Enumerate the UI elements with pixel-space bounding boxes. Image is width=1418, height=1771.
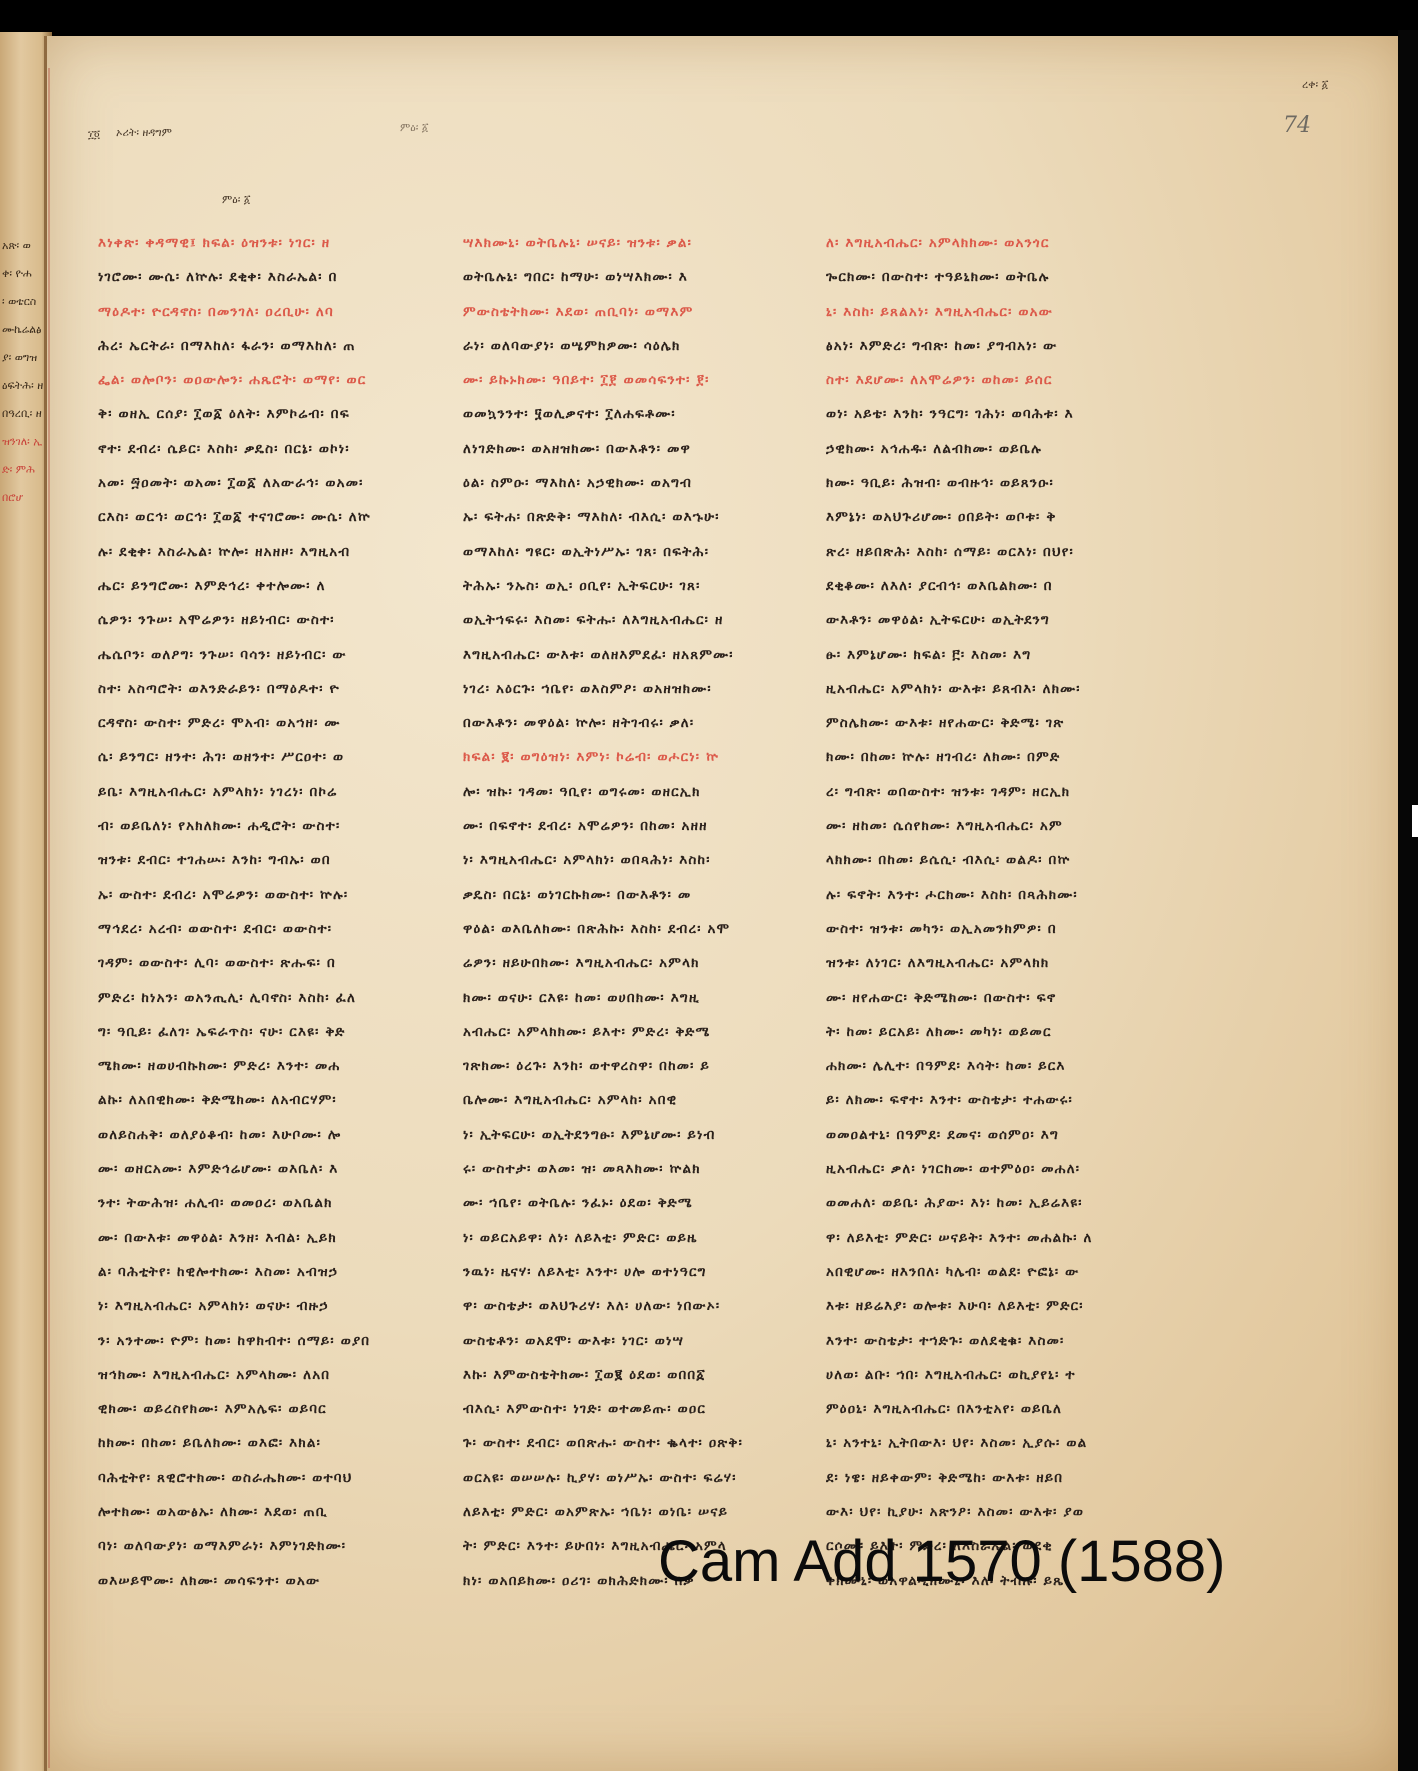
background-right	[1398, 30, 1418, 1771]
text-column-1: እነቀጽ፡ ቀዳማዊ፤ ክፍል፡ ዕዝንቱ፡ ነገር፡ ዘነገሮሙ፡ ሙሴ፡ ለ…	[98, 226, 403, 1598]
text-line: ን፡ አንተሙ፡ ዮም፡ ከመ፡ ከዋክብተ፡ ሰማይ፡ ወያበ	[98, 1324, 403, 1358]
text-line: ዋ፡ ለይእቲ፡ ምድር፡ ሠናይት፡ እንተ፡ መሐልኩ፡ ለ	[826, 1221, 1131, 1255]
edge-fragment: በዓረቢ፡ ዘ	[2, 400, 43, 428]
text-line: ደ፡ ነዌ፡ ዘይቀውም፡ ቅድሜከ፡ ውእቱ፡ ዘይበ	[826, 1461, 1131, 1495]
text-line: ሙ፡ ዘከመ፡ ሴሰየክሙ፡ እግዚአብሔር፡ አም	[826, 809, 1131, 843]
text-line: ወመሐለ፡ ወይቤ፡ ሕያው፡ እነ፡ ከመ፡ ኢይሬእዩ፡	[826, 1186, 1131, 1220]
text-line: አብሔር፡ አምላክክሙ፡ ይእተ፡ ምድረ፡ ቅድሜ	[463, 1015, 768, 1049]
text-line: ት፡ ከመ፡ ይርአይ፡ ለክሙ፡ መካነ፡ ወይመር	[826, 1015, 1131, 1049]
text-line: ሙ፡ ኀቤየ፡ ወትቤሉ፡ ንፈኑ፡ ዕደወ፡ ቅድሜ	[463, 1186, 768, 1220]
running-header-center: ምዕ፡ ፩	[400, 121, 429, 135]
text-line: ባነ፡ ወለባውያነ፡ ወማእምራነ፡ እምነገድክሙ፡	[98, 1529, 403, 1563]
text-line: ሜክሙ፡ ዘወሀብኩክሙ፡ ምድረ፡ እንተ፡ መሐ	[98, 1049, 403, 1083]
text-line: ዚአብሔር፡ ቃለ፡ ነገርክሙ፡ ወተምዕዐ፡ መሐለ፡	[826, 1152, 1131, 1186]
text-line: ሎ፡ ዝኩ፡ ገዳመ፡ ዓቢየ፡ ወግሩመ፡ ወዘርኢክ	[463, 775, 768, 809]
page-gutter-ruling	[48, 68, 50, 1768]
text-line: ምውስቴትክሙ፡ እደወ፡ ጠቢባነ፡ ወማእም	[463, 295, 768, 329]
text-line: ወማእከለ፡ ግዩር፡ ወኢትነሥኡ፡ ገጸ፡ በፍትሕ፡	[463, 535, 768, 569]
text-line: ኖተ፡ ደብረ፡ ሴይር፡ እስከ፡ ቃዴስ፡ በርኔ፡ ወኮነ፡	[98, 432, 403, 466]
edge-fragment: ድ፡ ምሕ	[2, 456, 43, 484]
text-line: ጉ፡ ውስተ፡ ደብር፡ ወበጽሑ፡ ውስተ፡ ቈላተ፡ ዐጽቅ፡	[463, 1426, 768, 1460]
page-marker-tab	[1412, 805, 1418, 837]
text-line: ወትቤሉኒ፡ ግበር፡ ከማሁ፡ ወነሣእክሙ፡ እ	[463, 260, 768, 294]
text-line: ነ፡ እግዚአብሔር፡ አምላክነ፡ ወናሁ፡ ብዙኃ	[98, 1289, 403, 1323]
text-line: ዋዕል፡ ወእቤለክሙ፡ በጽሕኩ፡ እስከ፡ ደብረ፡ አሞ	[463, 912, 768, 946]
text-line: ሔሴቦን፡ ወለዖግ፡ ንጉሠ፡ ባሳን፡ ዘይነብር፡ ው	[98, 638, 403, 672]
text-line: ኡ፡ ፍትሐ፡ በጽድቅ፡ ማእከለ፡ ብእሲ፡ ወእኁሁ፡	[463, 500, 768, 534]
edge-fragment: ዕፍትሕ፡ ዘ	[2, 372, 43, 400]
text-column-2: ሣእክሙኒ፡ ወትቤሉኒ፡ ሠናይ፡ ዝንቱ፡ ቃል፡ወትቤሉኒ፡ ግበር፡ ከ…	[463, 226, 768, 1598]
running-header-left: ኦሪት፡ ዘዳግም	[116, 126, 172, 140]
text-line: ሴ፡ ይንግር፡ ዘንተ፡ ሕገ፡ ወዘንተ፡ ሥርዐተ፡ ወ	[98, 740, 403, 774]
text-line: ርእስ፡ ወርኅ፡ ወርኅ፡ ፲ወ፩ ተናገሮሙ፡ ሙሴ፡ ለኵ	[98, 500, 403, 534]
text-line: ይቤ፡ እግዚአብሔር፡ አምላክነ፡ ነገረነ፡ በኮሬ	[98, 775, 403, 809]
text-line: ቃዴስ፡ በርኔ፡ ወነገርኩክሙ፡ በውእቶን፡ መ	[463, 878, 768, 912]
text-line: ቤሎሙ፡ እግዚአብሔር፡ አምላከ፡ አበዊ	[463, 1083, 768, 1117]
text-line: ንተ፡ ትውሕዝ፡ ሐሊብ፡ ወመዐረ፡ ወአቤልክ	[98, 1186, 403, 1220]
chapter-heading: ምዕ፡ ፩	[222, 193, 251, 207]
text-line: ለይእቲ፡ ምድር፡ ወአምጽኡ፡ ኀቤነ፡ ወነቤ፡ ሠናይ	[463, 1495, 768, 1529]
text-line: ሙ፡ ዘየሐውር፡ ቅድሜክሙ፡ በውስተ፡ ፍኖ	[826, 981, 1131, 1015]
text-line: ወእሠይሞሙ፡ ለክሙ፡ መሳፍንተ፡ ወአው	[98, 1564, 403, 1598]
text-line: አበዊሆሙ፡ ዘእንበለ፡ ካሌብ፡ ወልደ፡ ዮፎኔ፡ ው	[826, 1255, 1131, 1289]
text-line: ሀለወ፡ ልቡ፡ ኀበ፡ እግዚአብሔር፡ ወኪያየኒ፡ ተ	[826, 1358, 1131, 1392]
text-line: ሙ፡ በፍኖተ፡ ደብረ፡ አሞሬዎን፡ በከመ፡ አዘዘ	[463, 809, 768, 843]
text-line: ሉ፡ ፍኖት፡ እንተ፡ ሖርክሙ፡ እስከ፡ በጻሕክሙ፡	[826, 878, 1131, 912]
text-line: ነገሮሙ፡ ሙሴ፡ ለኵሉ፡ ደቂቀ፡ እስራኤል፡ በ	[98, 260, 403, 294]
text-line: ምድረ፡ ከነአን፡ ወአንጢሊ፡ ሊባኖስ፡ እስከ፡ ፈለ	[98, 981, 403, 1015]
text-line: እንተ፡ ውስቴታ፡ ተኀድጉ፡ ወለደቂቁ፡ እስመ፡	[826, 1324, 1131, 1358]
text-line: ነ፡ ኢትፍርሁ፡ ወኢትደንግፁ፡ እምኔሆሙ፡ ይነብ	[463, 1118, 768, 1152]
text-line: ወነ፡ አይቴ፡ እንከ፡ ንዓርግ፡ ገሕነ፡ ወባሕቱ፡ እ	[826, 397, 1131, 431]
edge-fragment: ሙኬሬልፅ	[2, 316, 43, 344]
text-line: እምኔነ፡ ወአህጉሪሆሙ፡ ዐበይት፡ ወቦቱ፡ ቅ	[826, 500, 1131, 534]
text-line: ለ፡ እግዚአብሔር፡ አምላክክሙ፡ ወአንጎር	[826, 226, 1131, 260]
text-line: ሙ፡ በውእቱ፡ መዋዕል፡ እንዘ፡ እብል፡ ኢይክ	[98, 1221, 403, 1255]
text-line: ክሙ፡ ወናሁ፡ ርእዩ፡ ከመ፡ ወሀበክሙ፡ እግዚ	[463, 981, 768, 1015]
text-column-3: ለ፡ እግዚአብሔር፡ አምላክክሙ፡ ወአንጎርጐርክሙ፡ በውስተ፡ ተዓይ…	[826, 226, 1131, 1598]
text-line: ዋ፡ ውስቴታ፡ ወእህጉሪሃ፡ እለ፡ ሀለው፡ ነበውኦ፡	[463, 1289, 768, 1323]
text-line: ግ፡ ዓቢይ፡ ፈለገ፡ ኤፍራጥስ፡ ናሁ፡ ርእዩ፡ ቅድ	[98, 1015, 403, 1049]
edge-fragment: ያ፡ ወግዝ	[2, 344, 43, 372]
text-line: በውእቶን፡ መዋዕል፡ ኵሎ፡ ዘትገብሩ፡ ቃለ፡	[463, 706, 768, 740]
folio-number-pencil: 74	[1283, 113, 1311, 138]
text-line: ስተ፡ እደሆሙ፡ ለአሞሬዎን፡ ወከመ፡ ይሰር	[826, 363, 1131, 397]
text-line: ንዉነ፡ ዜናሃ፡ ለይእቲ፡ እንተ፡ ሀሎ ወተነዓርግ	[463, 1255, 768, 1289]
text-line: ክሙ፡ በከመ፡ ኵሉ፡ ዘገብረ፡ ለክሙ፡ በምድ	[826, 740, 1131, 774]
text-line: ወመዐልተኒ፡ በዓምደ፡ ደመና፡ ወሰምዐ፡ እግ	[826, 1118, 1131, 1152]
text-line: ዚአብሔር፡ አምላክነ፡ ውእቱ፡ ይጸብእ፡ ለክሙ፡	[826, 672, 1131, 706]
text-line: ኡ፡ ውስተ፡ ደብረ፡ አሞሬዎን፡ ወውስተ፡ ኵሉ፡	[98, 878, 403, 912]
text-line: ጐርክሙ፡ በውስተ፡ ተዓይኒክሙ፡ ወትቤሉ	[826, 260, 1131, 294]
text-line: ሙ፡ ወዘርአሙ፡ እምድኅሬሆሙ፡ ወእቤለ፡ እ	[98, 1152, 403, 1186]
text-line: ኒ፡ አንተኒ፡ ኢትበውእ፡ ህየ፡ እስመ፡ ኢያሱ፡ ወል	[826, 1426, 1131, 1460]
text-line: ሐክሙ፡ ሌሊተ፡ በዓምደ፡ እሳት፡ ከመ፡ ይርእ	[826, 1049, 1131, 1083]
text-line: ኃዊክሙ፡ አኅሐዱ፡ ለልብክሙ፡ ወይቤሉ	[826, 432, 1131, 466]
edge-fragment: በሮሆ	[2, 484, 43, 512]
text-line: ብ፡ ወይቤለነ፡ የአክለክሙ፡ ሐዲሮት፡ ውስተ፡	[98, 809, 403, 843]
text-line: ዝንቱ፡ ለነገር፡ ለእግዚአብሔር፡ አምላክክ	[826, 946, 1131, 980]
text-line: ሣእክሙኒ፡ ወትቤሉኒ፡ ሠናይ፡ ዝንቱ፡ ቃል፡	[463, 226, 768, 260]
shelfmark-caption: Cam Add 1570 (1588)	[658, 1528, 1225, 1595]
text-line: ኒ፡ እስከ፡ ይጸልአነ፡ እግዚአብሔር፡ ወአው	[826, 295, 1131, 329]
text-line: ሔር፡ ይንግሮሙ፡ እምድኅረ፡ ቀተሎሙ፡ ለ	[98, 569, 403, 603]
text-line: ሴዎን፡ ንጉሠ፡ አሞሬዎን፡ ዘይነብር፡ ውስተ፡	[98, 603, 403, 637]
text-line: ዝንቱ፡ ደብር፡ ተገሐሡ፡ እንከ፡ ግብኡ፡ ወበ	[98, 843, 403, 877]
edge-fragment: ፡ ወቴርስ	[2, 288, 43, 316]
text-line: ፁ፡ እምኔሆሙ፡ ክፍል፡ ፫፡ እስመ፡ እግ	[826, 638, 1131, 672]
text-line: ል፡ ባሕቲትየ፡ ከዊሎተክሙ፡ እስመ፡ አብዝኃ	[98, 1255, 403, 1289]
text-line: ፌል፡ ወሎቦን፡ ወዐውሎን፡ ሐጼሮት፡ ወማየ፡ ወር	[98, 363, 403, 397]
text-line: ጽረ፡ ዘይበጽሕ፡ እስከ፡ ሰማይ፡ ወርእነ፡ በህየ፡	[826, 535, 1131, 569]
text-line: ሩ፡ ውስተታ፡ ወእመ፡ ዝ፡ መጻእክሙ፡ ኵልክ	[463, 1152, 768, 1186]
text-line: ክሙ፡ ዓቢይ፡ ሕዝብ፡ ወብዙኅ፡ ወይጸንዑ፡	[826, 466, 1131, 500]
text-line: እኩ፡ እምውስቴትክሙ፡ ፲ወ፪ ዕደወ፡ ወበበ፩	[463, 1358, 768, 1392]
text-line: ገዳም፡ ወውስተ፡ ሊባ፡ ወውስተ፡ ጽሑፍ፡ በ	[98, 946, 403, 980]
text-line: ወኢትኀፍሩ፡ እስመ፡ ፍትሑ፡ ለእግዚአብሔር፡ ዘ	[463, 603, 768, 637]
previous-page-text-fragments: አጽ፡ ወቀ፡ ዮሐ፡ ወቴርስሙኬሬልፅያ፡ ወግዝዕፍትሕ፡ ዘበዓረቢ፡ …	[2, 232, 43, 512]
text-line: ሕረ፡ ኤርትራ፡ በማእከለ፡ ፋራን፡ ወማእከለ፡ ጠ	[98, 329, 403, 363]
text-line: ስተ፡ አስጣሮት፡ ወእንድራይን፡ በማዕዶተ፡ ዮ	[98, 672, 403, 706]
text-line: ምስሌክሙ፡ ውእቱ፡ ዘየሐውር፡ ቅድሜ፡ ገጽ	[826, 706, 1131, 740]
text-line: ዝኅክሙ፡ እግዚአብሔር፡ አምላክሙ፡ ለአበ	[98, 1358, 403, 1392]
header-quire-number: ፲፬	[88, 128, 100, 142]
text-line: እግዚአብሔር፡ ውእቱ፡ ወለዘእምደፈ፡ ዘአጸምሙ፡	[463, 638, 768, 672]
text-line: ወመኳንንተ፡ ፶ወሊቃናተ፡ ፲ለሐፍቶሙ፡	[463, 397, 768, 431]
text-line: ረ፡ ግብጽ፡ ወበውስተ፡ ዝንቱ፡ ገዳም፡ ዘርኢክ	[826, 775, 1131, 809]
text-line: ልኩ፡ ለአበዊክሙ፡ ቅድሜክሙ፡ ለአብርሃም፡	[98, 1083, 403, 1117]
text-line: ቅ፡ ወዘኢ ርሰያ፡ ፲ወ፩ ዕለት፡ እምኮሬብ፡ በፍ	[98, 397, 403, 431]
text-line: ሎተክሙ፡ ወአውፅኡ፡ ለክሙ፡ እደወ፡ ጠቢ	[98, 1495, 403, 1529]
text-line: ነ፡ እግዚአብሔር፡ አምላክነ፡ ወበጻሕነ፡ እስከ፡	[463, 843, 768, 877]
text-line: ነገረ፡ አዕርጉ፡ ኀቤየ፡ ወእስምዖ፡ ወአዘዝክሙ፡	[463, 672, 768, 706]
text-line: ደቂቆሙ፡ ለእለ፡ ያርብኅ፡ ወእቤልክሙ፡ በ	[826, 569, 1131, 603]
text-line: ትሕኡ፡ ንኡስ፡ ወኢ፡ ዐቢየ፡ ኢትፍርሁ፡ ገጸ፡	[463, 569, 768, 603]
edge-fragment: ቀ፡ ዮሐ	[2, 260, 43, 288]
text-line: ሙ፡ ይኩኑክሙ፡ ዓበይተ፡ ፲፻ ወመሳፍንተ፡ ፻፡	[463, 363, 768, 397]
text-line: እቱ፡ ዘይሬእያ፡ ወሎቱ፡ እሁባ፡ ለይእቲ፡ ምድር፡	[826, 1289, 1131, 1323]
text-line: ሉ፡ ደቂቀ፡ እስራኤል፡ ኵሎ፡ ዘአዘዞ፡ እግዚአብ	[98, 535, 403, 569]
text-line: ውስተ፡ ዝንቱ፡ መካን፡ ወኢአመንክምዎ፡ በ	[826, 912, 1131, 946]
text-line: ለነገድክሙ፡ ወአዘዝክሙ፡ በውእቶን፡ መዋ	[463, 432, 768, 466]
text-line: ባሕቲትየ፡ ጸዊሮተክሙ፡ ወስራሔክሙ፡ ወተባህ	[98, 1461, 403, 1495]
edge-fragment: አጽ፡ ወ	[2, 232, 43, 260]
text-line: ነ፡ ወይርአይዋ፡ ለነ፡ ለይእቲ፡ ምድር፡ ወይዜ	[463, 1221, 768, 1255]
text-line: ክፍል፡ ፪፡ ወግዕዝነ፡ እምነ፡ ኮሬብ፡ ወሖርነ፡ ኵ	[463, 740, 768, 774]
text-line: ዕል፡ ስምዑ፡ ማእከለ፡ አኃዊክሙ፡ ወአግብ	[463, 466, 768, 500]
text-line: አመ፡ ፵ዐመት፡ ወአመ፡ ፲ወ፩ ለአውራኅ፡ ወአመ፡	[98, 466, 403, 500]
text-line: ወርአዩ፡ ወሠሠሉ፡ ኪያሃ፡ ወነሥኡ፡ ውስተ፡ ፍሬሃ፡	[463, 1461, 768, 1495]
text-line: ዊክሙ፡ ወይረስየክሙ፡ እምአሌፍ፡ ወይባር	[98, 1392, 403, 1426]
text-line: ውእ፡ ህየ፡ ኪያሁ፡ አጽንዖ፡ እስመ፡ ውእቱ፡ ያወ	[826, 1495, 1131, 1529]
text-line: ላክክሙ፡ በከመ፡ ይሴሲ፡ ብእሲ፡ ወልዶ፡ በኵ	[826, 843, 1131, 877]
text-line: ገጽክሙ፡ ዕረጉ፡ እንከ፡ ወተዋረስዋ፡ በከመ፡ ይ	[463, 1049, 768, 1083]
text-line: ከክሙ፡ በከመ፡ ይቤለክሙ፡ ወእፎ፡ እክል፡	[98, 1426, 403, 1460]
text-line: ራነ፡ ወለባውያነ፡ ወሤምክዎሙ፡ ሳዕሌክ	[463, 329, 768, 363]
text-line: ውእቶን፡ መዋዕል፡ ኢትፍርሁ፡ ወኢትደንግ	[826, 603, 1131, 637]
text-line: ርዳኖስ፡ ውስተ፡ ምድረ፡ ሞአብ፡ ወአኀዘ፡ ሙ	[98, 706, 403, 740]
running-header-right: ረቀ፡ ፩	[1302, 78, 1328, 92]
text-line: ወለይስሐቅ፡ ወለያዕቆብ፡ ከመ፡ እሁቦሙ፡ ሎ	[98, 1118, 403, 1152]
text-line: ማዕዶተ፡ ዮርዳኖስ፡ በመንገለ፡ ዐረቢሁ፡ ለባ	[98, 295, 403, 329]
text-line: ማኅደረ፡ አረብ፡ ወውስተ፡ ደብር፡ ወውስተ፡	[98, 912, 403, 946]
text-line: ብእሲ፡ እምውስተ፡ ነገድ፡ ወተመይጡ፡ ወዐር	[463, 1392, 768, 1426]
text-line: ይ፡ ለክሙ፡ ፍኖተ፡ እንተ፡ ውስቴታ፡ ተሐውሩ፡	[826, 1083, 1131, 1117]
text-line: ፅአነ፡ እምድረ፡ ግብጽ፡ ከመ፡ ያግብአነ፡ ው	[826, 329, 1131, 363]
text-line: እነቀጽ፡ ቀዳማዊ፤ ክፍል፡ ዕዝንቱ፡ ነገር፡ ዘ	[98, 226, 403, 260]
text-line: ምዕዐኒ፡ እግዚአብሔር፡ በእንቲአየ፡ ወይቤለ	[826, 1392, 1131, 1426]
edge-fragment: ዝንገለ፡ ኢ	[2, 428, 43, 456]
text-line: ሬዎን፡ ዘይሁበክሙ፡ እግዚአብሔር፡ አምላክ	[463, 946, 768, 980]
text-line: ውስቴቶን፡ ወአደሞ፡ ውእቱ፡ ነገር፡ ወነሣ	[463, 1324, 768, 1358]
